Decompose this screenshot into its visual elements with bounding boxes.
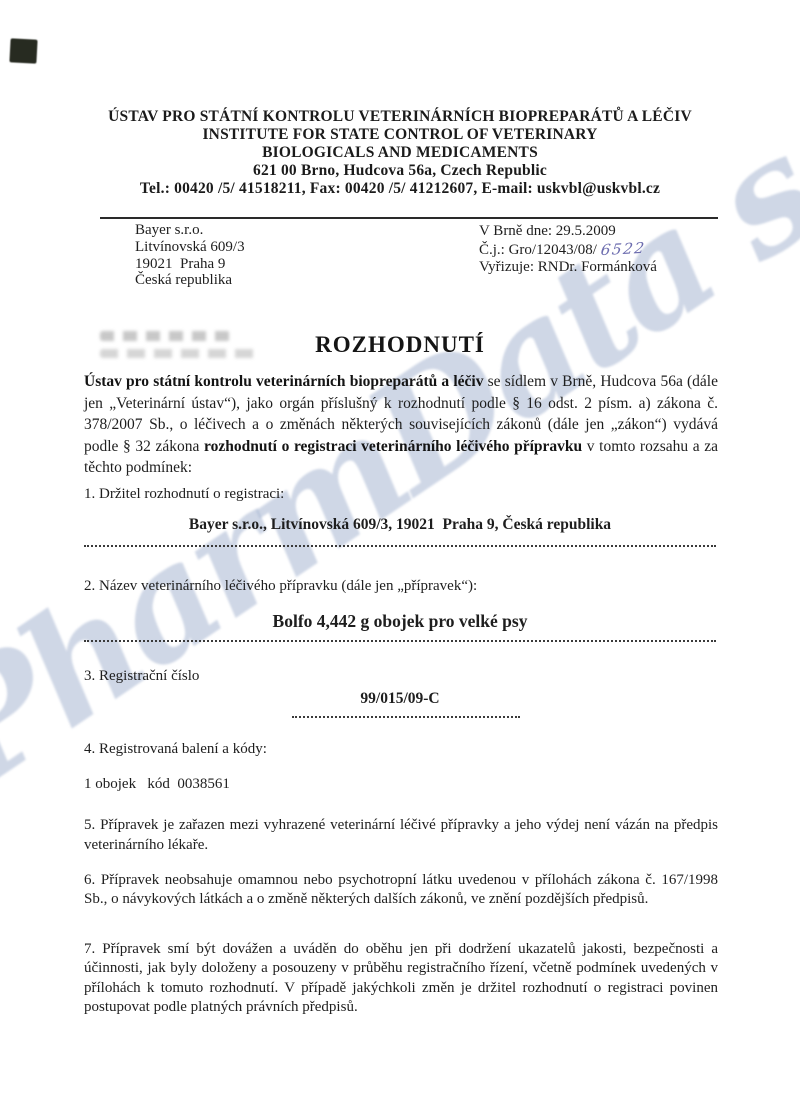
section-2-product-name-value: Bolfo 4,442 g obojek pro velké psy — [0, 611, 800, 632]
scanned-document-page: PharmData s.r.o. ÚSTAV PRO STÁTNÍ KONTRO… — [0, 0, 800, 1100]
letterhead-address: 621 00 Brno, Hudcova 56a, Czech Republic — [0, 162, 800, 180]
section-1-label: 1. Držitel rozhodnutí o registraci: — [84, 486, 284, 503]
dotted-line-short — [292, 716, 520, 718]
meta-reference-label: Č.j.: Gro/12043/08/ — [479, 242, 597, 258]
dotted-line — [84, 545, 716, 547]
addressee-country: Česká republika — [135, 272, 245, 289]
addressee-city: 19021 Praha 9 — [135, 256, 245, 273]
addressee-block: Bayer s.r.o. Litvínovská 609/3 19021 Pra… — [135, 222, 245, 289]
meta-reference-handwritten-number: 6522 — [600, 239, 647, 259]
letterhead: ÚSTAV PRO STÁTNÍ KONTROLU VETERINÁRNÍCH … — [0, 108, 800, 198]
addressee-street: Litvínovská 609/3 — [135, 239, 245, 256]
document-title: ROZHODNUTÍ — [0, 332, 800, 358]
letterhead-contacts: Tel.: 00420 /5/ 41518211, Fax: 00420 /5/… — [0, 180, 800, 198]
letterhead-institute-en-2: BIOLOGICALS AND MEDICAMENTS — [0, 144, 800, 162]
dotted-line — [84, 640, 716, 642]
paragraph-6: 6. Přípravek neobsahuje omamnou nebo psy… — [84, 871, 718, 909]
section-4-label: 4. Registrovaná balení a kódy: — [84, 741, 267, 758]
intro-paragraph: Ústav pro státní kontrolu veterinárních … — [84, 371, 718, 479]
meta-handler: Vyřizuje: RNDr. Formánková — [479, 259, 657, 277]
scan-artifact-corner-mark — [9, 38, 37, 63]
paragraph-5: 5. Přípravek je zařazen mezi vyhrazené v… — [84, 816, 718, 855]
intro-decision-bold: rozhodnutí o registraci veterinárního lé… — [204, 438, 582, 455]
intro-institute-bold: Ústav pro státní kontrolu veterinárních … — [84, 373, 483, 390]
meta-reference-line: Č.j.: Gro/12043/08/6522 — [479, 241, 657, 260]
section-2-label: 2. Název veterinárního léčivého přípravk… — [84, 578, 477, 595]
letterhead-institute-cz: ÚSTAV PRO STÁTNÍ KONTROLU VETERINÁRNÍCH … — [0, 108, 800, 126]
paragraph-7: 7. Přípravek smí být dovážen a uváděn do… — [84, 940, 718, 1017]
letterhead-divider — [100, 217, 718, 219]
section-4-packages-value: 1 obojek kód 0038561 — [84, 776, 230, 793]
meta-place-date: V Brně dne: 29.5.2009 — [479, 223, 657, 241]
section-3-registration-number-value: 99/015/09-C — [0, 690, 800, 708]
document-meta-block: V Brně dne: 29.5.2009 Č.j.: Gro/12043/08… — [479, 223, 657, 277]
section-1-holder-value: Bayer s.r.o., Litvínovská 609/3, 19021 P… — [0, 516, 800, 534]
letterhead-institute-en-1: INSTITUTE FOR STATE CONTROL OF VETERINAR… — [0, 126, 800, 144]
addressee-company: Bayer s.r.o. — [135, 222, 245, 239]
section-3-label: 3. Registrační číslo — [84, 668, 199, 685]
